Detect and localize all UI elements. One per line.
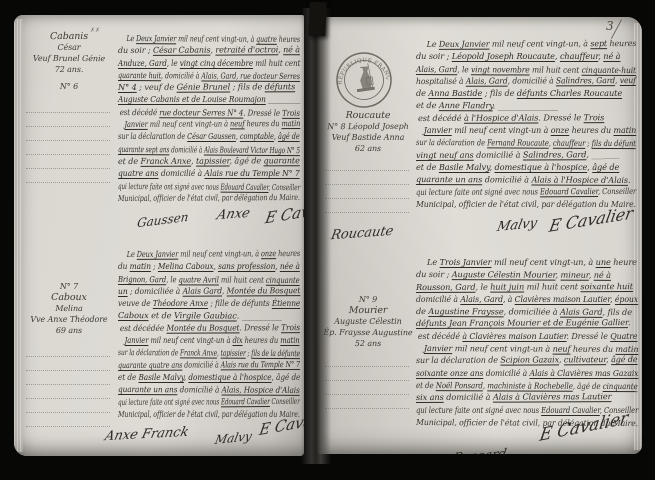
rule-line bbox=[325, 157, 409, 171]
rule-line bbox=[26, 99, 110, 113]
text-line: hospitalisé à Alais, Gard, domicilié à S… bbox=[416, 74, 621, 87]
rule-line bbox=[325, 367, 409, 381]
marianne-figure bbox=[354, 63, 375, 92]
signature: Malvy bbox=[214, 429, 254, 447]
rule-line bbox=[26, 371, 110, 385]
text-line: Ép. Fraysse Augustine bbox=[323, 327, 413, 338]
text-line: et de Franck Anxe, tapissier, âgé de qua… bbox=[118, 154, 297, 167]
left-page: ✗✗ CabanisCésarVeuf Brunel Génie72 ans.N… bbox=[14, 15, 304, 456]
act-6-text: Le Deux Janvier mil neuf cent vingt-un, … bbox=[118, 32, 300, 204]
rule-line bbox=[26, 127, 110, 141]
binding-tab bbox=[308, 2, 326, 37]
text-line: est décédée Montée du Bosquet. Dressé le… bbox=[118, 321, 285, 334]
act-9-text: Le Trois Janvier mil neuf cent vingt-un,… bbox=[416, 256, 638, 428]
text-line: défunts Jean François Mourier et de Eugé… bbox=[416, 317, 638, 330]
signature: Ponsard bbox=[452, 447, 508, 454]
act-8-signatures: RoucauteMalvyE Cavalier bbox=[327, 210, 632, 258]
text-line: N° 9 bbox=[323, 294, 413, 305]
rule-line bbox=[325, 353, 409, 367]
margin-rule-lines bbox=[26, 99, 110, 183]
rule-line bbox=[26, 155, 110, 169]
text-line: N° 6 bbox=[24, 81, 114, 92]
rule-line bbox=[26, 343, 110, 357]
text-line: qui lecture faite ont signé avec nous Ed… bbox=[416, 185, 598, 198]
act-9-signatures: GazaixPonsardE Cavalier bbox=[325, 407, 630, 454]
signature: Gazaix bbox=[392, 453, 435, 454]
page-edge-stack bbox=[14, 19, 23, 452]
signature: Roucaute bbox=[330, 224, 395, 244]
text-line: veuve de Théodore Anxe ; fille de défunt… bbox=[118, 297, 282, 309]
text-line: Auguste Célestin bbox=[323, 316, 413, 327]
rule-line bbox=[26, 385, 110, 399]
signature: Malvy bbox=[495, 216, 538, 236]
margin-rule-lines bbox=[325, 353, 409, 409]
text-line: six ans domicilié à Alais à Clavières ma… bbox=[416, 390, 638, 403]
text-line: Veuf Bastide Anna bbox=[323, 132, 413, 143]
act-7-signatures: Anxe FranckMalvyE Cavalier bbox=[99, 413, 304, 456]
text-line: Veuf Brunel Génie bbox=[24, 53, 114, 64]
text-line: et de Basile Malvy, domestique à l'hospi… bbox=[416, 161, 636, 173]
rule-line bbox=[26, 169, 110, 183]
right-page: 3 RÉPUBLIQUE FRANÇAISE RoucauteN° 8 L bbox=[317, 17, 642, 454]
stamp-graphic: RÉPUBLIQUE FRANÇAISE bbox=[331, 47, 397, 113]
text-line: soixante onze ans domicilié à Alais à Cl… bbox=[416, 367, 624, 379]
text-line: Anduze, Gard, le vingt cinq décembre mil… bbox=[118, 57, 278, 69]
text-line: 52 ans bbox=[323, 338, 413, 349]
text-line: domicilié à Alais, Gard, à Clavières mai… bbox=[416, 293, 627, 305]
act-9-margin-note: N° 9MourierAuguste CélestinÉp. Fraysse A… bbox=[323, 294, 413, 349]
signature: Anxe Franck bbox=[103, 425, 190, 445]
text-line: de Anna Bastide ; fils de défunts Charle… bbox=[416, 87, 636, 99]
text-line: du soir ; Léopold Joseph Roucaute, chauf… bbox=[416, 50, 636, 62]
text-line: 72 ans. bbox=[24, 64, 114, 75]
act-8-margin-note: RoucauteN° 8 Léopold JosephVeuf Bastide … bbox=[323, 110, 413, 154]
rule-line bbox=[325, 381, 409, 395]
text-line: un ; domiciliée à Alais Gard, Montée du … bbox=[118, 284, 287, 297]
text-line: Janvier mil neuf cent vingt-un à neuf he… bbox=[118, 117, 265, 130]
text-line: Auguste Cabanis et de Louise Roumajon __… bbox=[118, 93, 282, 105]
act-8-text: Le Deux Janvier mil neuf cent vingt-un, … bbox=[416, 38, 636, 210]
text-line: Le Trois Janvier mil neuf cent vingt-un,… bbox=[416, 256, 638, 268]
text-line: et de Basile Malvy, domestique à l'hospi… bbox=[118, 371, 281, 383]
rule-line bbox=[26, 357, 110, 371]
text-line: sur la déclaration de César Gaussen, com… bbox=[118, 130, 264, 142]
text-line: Mourier bbox=[323, 305, 413, 316]
text-line: Municipal, officier de l'état civil, par… bbox=[416, 198, 622, 210]
text-line: Janvier mil neuf cent vingt-un à dix heu… bbox=[118, 334, 269, 346]
act-6-signatures: GaussenAnxeE Cavalier bbox=[119, 203, 304, 251]
text-line: Caboux bbox=[24, 292, 114, 303]
act-7-margin-note: N° 7CabouxMelinaVve Anxe Théodore69 ans bbox=[24, 281, 114, 336]
text-line: N° 7 bbox=[24, 281, 114, 292]
text-line: quarante un ans domicilié à Alais, Hospi… bbox=[118, 383, 281, 396]
text-line: Melina bbox=[24, 303, 114, 314]
text-line: Le Deux Janvier mil neuf cent vingt-un, … bbox=[118, 247, 263, 260]
rule-line bbox=[26, 113, 110, 127]
text-line: 69 ans bbox=[24, 325, 114, 336]
text-line: du matin ; Melina Caboux, sans professio… bbox=[118, 260, 284, 272]
signature: E Cavalier bbox=[538, 408, 629, 446]
text-line: quatre ans domicilié à Alais rue du Temp… bbox=[118, 167, 288, 179]
text-line: Cabanis bbox=[24, 31, 114, 42]
rule-line bbox=[325, 171, 409, 185]
text-line: Vve Anxe Théodore bbox=[24, 314, 114, 325]
text-line: Janvier mil neuf cent vingt-un à onze he… bbox=[416, 124, 630, 136]
text-line: 62 ans bbox=[323, 143, 413, 154]
text-line: N° 8 Léopold Joseph bbox=[323, 121, 413, 132]
text-line: César bbox=[24, 42, 114, 53]
text-line: N° 4 ; veuf de Génie Brunel ; fils de dé… bbox=[118, 80, 300, 93]
text-line: Rousson, Gard, le huit juin mil huit cen… bbox=[416, 280, 638, 293]
text-line: qui lecture faite ont signé avec nous Ed… bbox=[118, 395, 243, 408]
rule-line bbox=[26, 141, 110, 155]
text-line: Le Deux Janvier mil neuf cent vingt-un, … bbox=[416, 37, 629, 50]
text-line: quarante quatre ans domicilié à Alais ru… bbox=[118, 358, 260, 371]
text-line: sur la déclaration de Scipion Gazaix, cu… bbox=[416, 353, 633, 366]
republique-francaise-stamp: RÉPUBLIQUE FRANÇAISE bbox=[331, 47, 397, 113]
text-line: est décédé à Clavières maison Lautier. D… bbox=[416, 330, 630, 342]
act-6-margin-note: CabanisCésarVeuf Brunel Génie72 ans.N° 6 bbox=[24, 31, 114, 92]
text-line: est décédé à l'Hospice d'Alais. Dressé l… bbox=[416, 111, 636, 124]
book-gutter bbox=[301, 8, 331, 464]
register-scan: ✗✗ CabanisCésarVeuf Brunel Génie72 ans.N… bbox=[0, 0, 655, 480]
text-line: Roucaute bbox=[323, 110, 413, 121]
rule-line bbox=[26, 413, 110, 427]
page-number: 3 bbox=[606, 19, 614, 33]
margin-rule-lines bbox=[325, 157, 409, 213]
text-line: vingt neuf ans domicilié à Salindres, Ga… bbox=[416, 148, 636, 161]
signature: Gaussen bbox=[136, 210, 189, 231]
act-7-text: Le Deux Janvier mil neuf cent vingt-un, … bbox=[118, 248, 300, 420]
signature: Anxe bbox=[215, 206, 252, 224]
rule-line bbox=[325, 185, 409, 199]
rule-line bbox=[26, 399, 110, 413]
text-line: du soir ; César Cabanis, retraité d'octr… bbox=[118, 44, 296, 57]
margin-rule-lines bbox=[26, 343, 110, 427]
